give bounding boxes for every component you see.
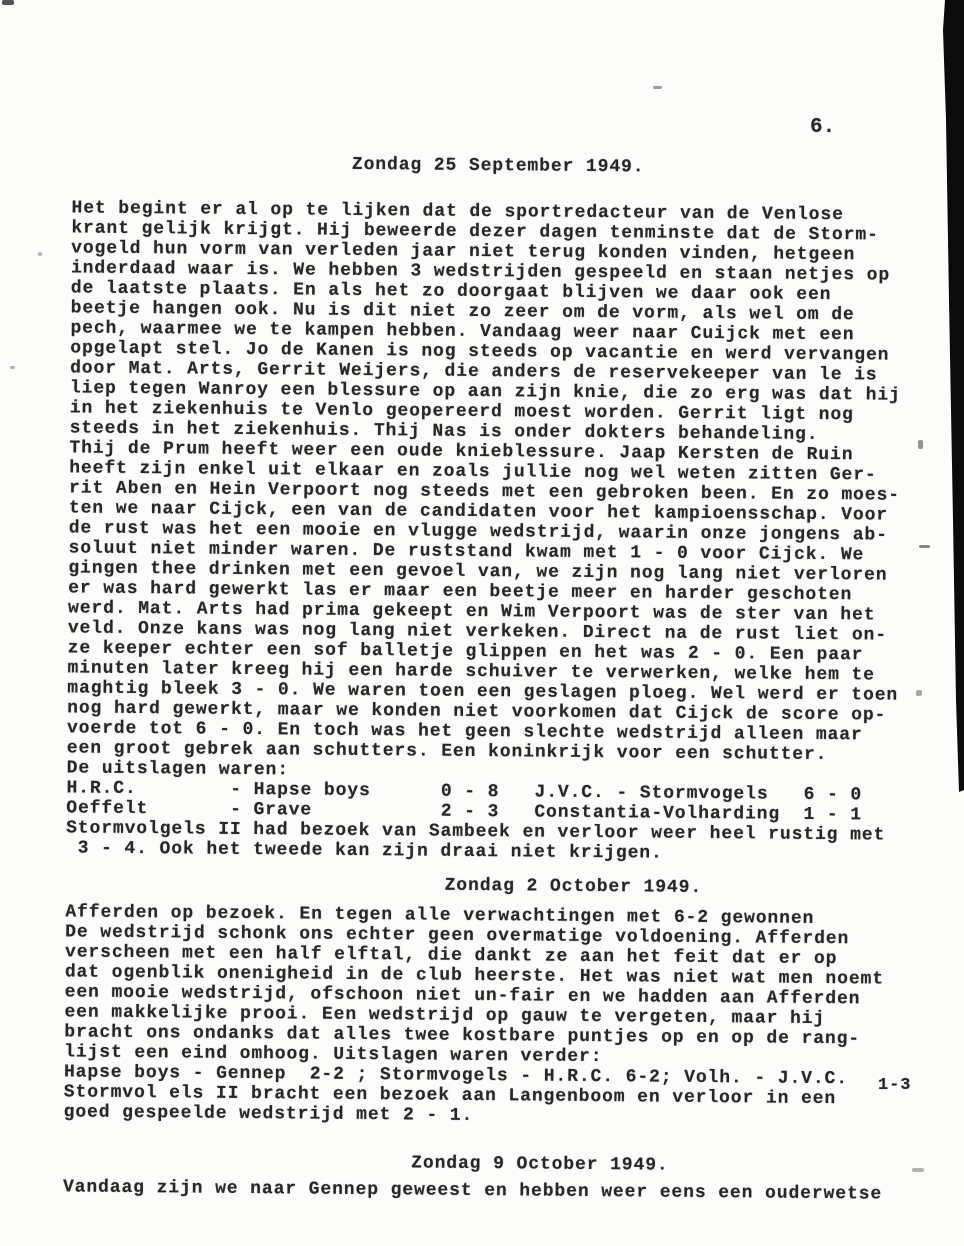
scan-speck (912, 1168, 924, 1172)
scan-artifact-right-bar (938, 0, 964, 800)
scan-speck (919, 545, 930, 548)
scan-speck (38, 252, 42, 256)
inline-score-overlay: 1-3 (878, 1076, 911, 1095)
page-number: 6. (810, 116, 835, 139)
diary-section: Zondag 2 October 1949.Afferden op bezoek… (64, 872, 897, 1129)
diary-section: Zondag 25 September 1949.Het begint er a… (66, 152, 903, 865)
section-heading: Zondag 25 September 1949. (72, 152, 903, 179)
text-line: Vandaag zijn we naar Gennep geweest en h… (63, 1177, 894, 1204)
section-heading: Zondag 2 October 1949. (66, 872, 897, 899)
scan-speck (918, 440, 923, 449)
scanned-page: 6. Zondag 25 September 1949.Het begint e… (0, 0, 964, 1246)
section-heading: Zondag 9 October 1949. (63, 1150, 894, 1177)
scan-speck (2, 0, 14, 5)
scan-speck (10, 366, 15, 369)
scan-speck (653, 86, 662, 89)
diary-section: Zondag 9 October 1949.Vandaag zijn we na… (63, 1150, 894, 1204)
scan-speck (916, 690, 922, 696)
document-content: Zondag 25 September 1949.Het begint er a… (63, 152, 903, 1204)
